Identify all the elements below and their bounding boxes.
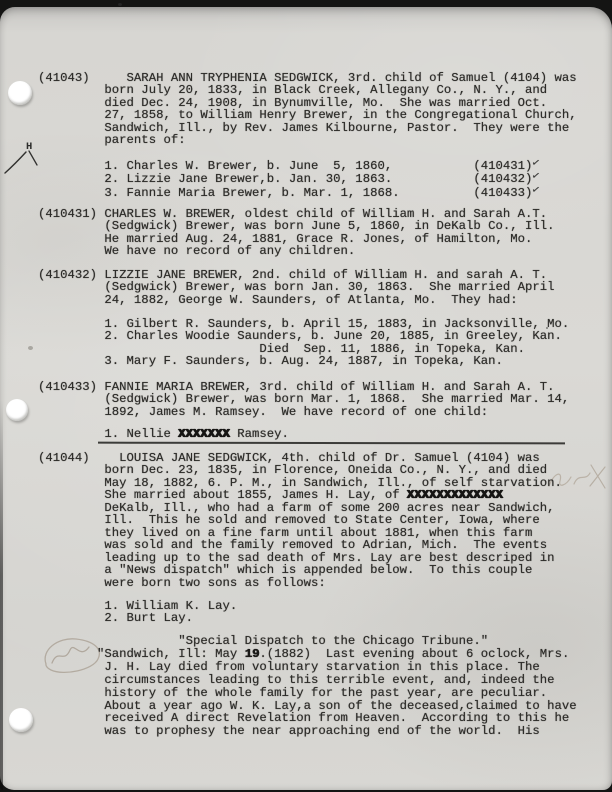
margin-tick-stroke bbox=[29, 151, 37, 165]
list-item-text: 3. Fannie Maria Brewer, b. Mar. 1, 1868.… bbox=[38, 186, 532, 200]
child-list-item: 2. Lizzie Jane Brewer,b. Jan. 30, 1863. … bbox=[38, 173, 539, 186]
scanned-typewritten-genealogy-page: { "glyphs": { "check": "✓" }, "margin": … bbox=[0, 0, 612, 792]
text-line: were born two sons as follows: bbox=[38, 577, 562, 589]
text-line: a "News dispatch" which is appended belo… bbox=[38, 564, 562, 576]
list-item-text: Ramsey. bbox=[230, 427, 289, 441]
list-item-text: 2. Lizzie Jane Brewer,b. Jan. 30, 1863. … bbox=[38, 172, 532, 186]
entry-410432-children-list: 1. Gilbert R. Saunders, b. April 15, 188… bbox=[38, 318, 569, 368]
text-segment: "Sandwich, Ill: May bbox=[38, 647, 245, 661]
child-list-item: 1. Nellie XXXXXXX Ramsey. bbox=[38, 428, 289, 440]
entry-410433-child-line: 1. Nellie XXXXXXX Ramsey. bbox=[38, 428, 289, 440]
child-list-item: 2. Burt Lay. bbox=[38, 612, 237, 624]
struck-out-name: XXXXXXX bbox=[178, 427, 230, 441]
entry-410431-paragraph: (410431) CHARLES W. BREWER, oldest child… bbox=[38, 208, 555, 258]
child-list-item: 3. Mary F. Saunders, b. Aug. 24, 1887, i… bbox=[38, 355, 569, 367]
text-line: parents of: bbox=[38, 134, 577, 146]
text-line: circumstances leading to this terrible e… bbox=[38, 674, 577, 687]
punch-hole-bottom bbox=[9, 708, 33, 732]
paper-smudge bbox=[28, 346, 33, 350]
underline-rule bbox=[98, 442, 565, 444]
child-list-item: 3. Fannie Maria Brewer, b. Mar. 1, 1868.… bbox=[38, 187, 539, 200]
text-line: J. H. Lay died from voluntary starvation… bbox=[38, 661, 577, 674]
text-line: history of the whole family for the past… bbox=[38, 687, 577, 700]
text-line: 24, 1882, George W. Saunders, of Atlanta… bbox=[38, 294, 555, 306]
text-segment: .(1882) Last evening about 6 oclock, Mrs… bbox=[259, 647, 569, 661]
text-line: Ill. This he sold and removed to State C… bbox=[38, 514, 562, 526]
dispatch-paragraph: "Special Dispatch to the Chicago Tribune… bbox=[38, 635, 577, 738]
overtyped-date-number: 19 bbox=[245, 647, 260, 661]
text-line: 27, 1858, to William Henry Brewer, in th… bbox=[38, 109, 577, 121]
entry-410433-paragraph: (410433) FANNIE MARIA BREWER, 3rd. child… bbox=[38, 381, 569, 418]
punch-hole-top bbox=[8, 81, 32, 105]
text-line: was sold and the family removed to Adria… bbox=[38, 539, 562, 551]
entry-41044-children-list: 1. William K. Lay. 2. Burt Lay. bbox=[38, 600, 237, 625]
entry-410432-paragraph: (410432) LIZZIE JANE BREWER, 2nd. child … bbox=[38, 269, 555, 306]
entry-41043-children-list: 1. Charles W. Brewer, b. June 5, 1860, (… bbox=[38, 160, 539, 200]
text-line: She married about 1855, James H. Lay, of… bbox=[38, 489, 562, 501]
text-line: 1892, James M. Ramsey. We have record of… bbox=[38, 406, 569, 418]
paper-edge-shadow bbox=[0, 400, 3, 790]
paper-sheet: H (41043) SARAH ANN TRYPHENIA SEDGWICK, … bbox=[0, 7, 612, 790]
list-item-text: 1. Charles W. Brewer, b. June 5, 1860, (… bbox=[38, 159, 532, 173]
checkmark-annotation: ✓ bbox=[531, 184, 540, 198]
text-line: was to prophesy the near approaching end… bbox=[38, 725, 577, 738]
entry-41043-paragraph: (41043) SARAH ANN TRYPHENIA SEDGWICK, 3r… bbox=[38, 72, 577, 147]
list-item-text: 1. Nellie bbox=[38, 427, 178, 441]
text-line: "Sandwich, Ill: May 19.(1882) Last eveni… bbox=[38, 648, 577, 661]
punch-hole-middle bbox=[6, 399, 28, 421]
margin-slash-stroke bbox=[5, 152, 26, 173]
paper-speck bbox=[546, 327, 548, 329]
ink-speck bbox=[118, 3, 122, 6]
text-line: We have no record of any children. bbox=[38, 245, 555, 257]
entry-41044-paragraph: (41044) LOUISA JANE SEDGWICK, 4th. child… bbox=[38, 452, 562, 589]
